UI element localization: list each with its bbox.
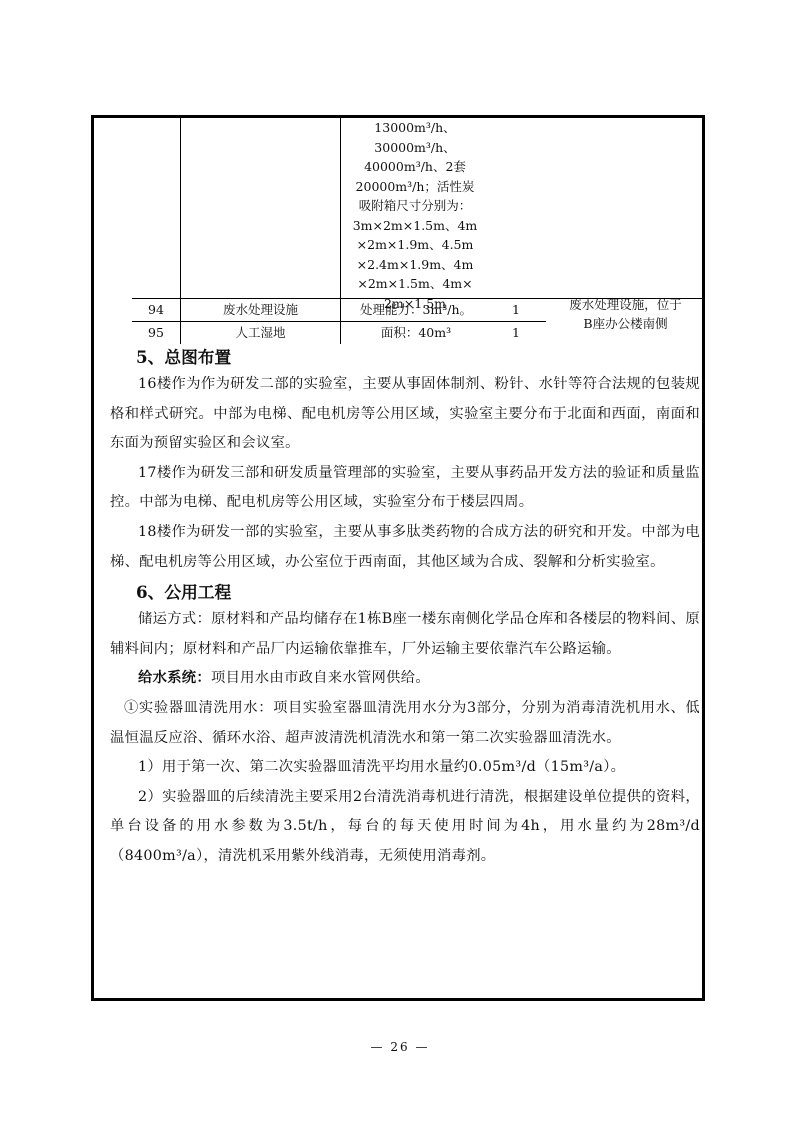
table-row-94-name: 废水处理设施 — [181, 301, 340, 319]
table-row-95-qty: 1 — [491, 324, 541, 342]
spec-line: 吸附箱尺寸分别为： — [340, 196, 490, 216]
bold-lead: 给水系统： — [138, 670, 211, 686]
table-row-94-no: 94 — [132, 301, 180, 319]
spec-line: ×2m×1.5m、4m× — [340, 274, 490, 294]
spec-line: ×2.4m×1.9m、4m — [340, 255, 490, 275]
table-row-95-name: 人工湿地 — [181, 324, 340, 342]
table-row-94-spec: 处理能力：3m³/h。 — [341, 301, 491, 319]
table-row-95-no: 95 — [132, 324, 180, 342]
spec-line: 30000m³/h、 — [340, 138, 490, 158]
section-heading-layout: 5、总图布置 — [110, 344, 700, 370]
section-heading-utilities: 6、公用工程 — [110, 579, 700, 605]
page-number: — 26 — — [0, 1040, 800, 1054]
remark-line: 废水处理设施，位于 — [548, 295, 703, 314]
table-continued-spec: 13000m³/h、 30000m³/h、 40000m³/h、2套 20000… — [340, 118, 490, 313]
spec-line: 40000m³/h、2套 — [340, 157, 490, 177]
paragraph: 17楼作为研发三部和研发质量管理部的实验室，主要从事药品开发方法的验证和质量监控… — [110, 459, 700, 518]
paragraph-water-supply: 给水系统：项目用水由市政自来水管网供给。 — [110, 664, 700, 694]
remark-line: B座办公楼南侧 — [548, 314, 703, 333]
paragraph: 1）用于第一次、第二次实验器皿清洗平均用水量约0.05m³/d（15m³/a）。 — [110, 753, 700, 783]
table-row-94-qty: 1 — [491, 301, 541, 319]
paragraph: 2）实验器皿的后续清洗主要采用2台清洗消毒机进行清洗，根据建设单位提供的资料，单… — [110, 783, 700, 872]
paragraph: 18楼作为研发一部的实验室，主要从事多肽类药物的合成方法的研究和开发。中部为电梯… — [110, 518, 700, 577]
paragraph: ①实验器皿清洗用水：项目实验室器皿清洗用水分为3部分，分别为消毒清洗机用水、低温… — [110, 694, 700, 753]
table-row-divider-95 — [132, 321, 546, 322]
paragraph: 16楼作为作为研发二部的实验室，主要从事固体制剂、粉针、水针等符合法规的包装规格… — [110, 370, 700, 459]
spec-line: 13000m³/h、 — [340, 118, 490, 138]
table-row-95-spec: 面积：40m³ — [341, 324, 491, 342]
table-merged-remark: 废水处理设施，位于 B座办公楼南侧 — [548, 295, 703, 333]
document-body: 5、总图布置 16楼作为作为研发二部的实验室，主要从事固体制剂、粉针、水针等符合… — [110, 344, 700, 872]
spec-line: 20000m³/h；活性炭 — [340, 177, 490, 197]
paragraph: 储运方式：原材料和产品均储存在1栋B座一楼东南侧化学品仓库和各楼层的物料间、原辅… — [110, 605, 700, 664]
paragraph-text: 项目用水由市政自来水管网供给。 — [211, 670, 430, 686]
spec-line: 3m×2m×1.5m、4m — [340, 216, 490, 236]
spec-line: ×2m×1.9m、4.5m — [340, 235, 490, 255]
